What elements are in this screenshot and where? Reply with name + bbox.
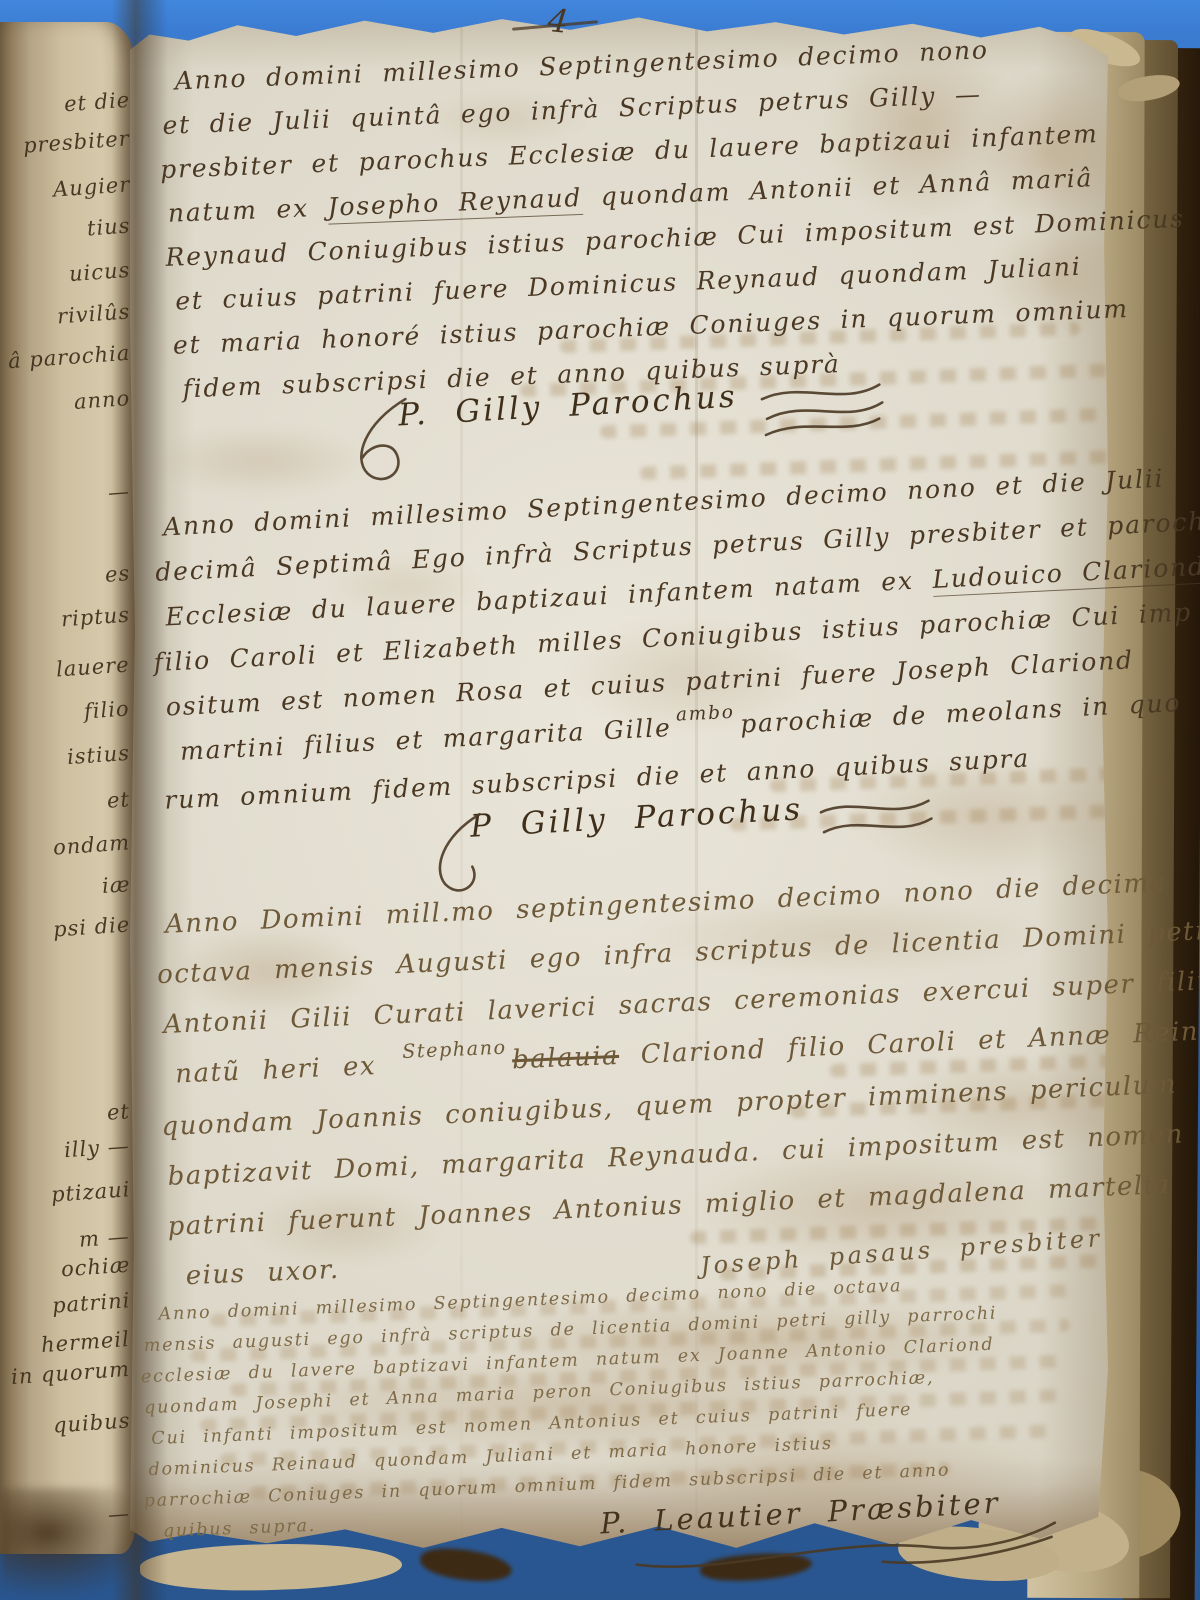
record-1-line-4-a: natum ex: [167, 193, 328, 228]
signature-paraph: [814, 790, 937, 856]
struck-out-word: balauia: [512, 1041, 620, 1075]
baptism-record-1: Anno domini millesimo Septingentesimo de…: [160, 21, 1191, 412]
page-number: 4: [546, 1, 570, 41]
record-3-line-4-a: natũ heri ex: [175, 1050, 399, 1089]
baptism-record-2: Anno domini millesimo Septingentesimo de…: [152, 452, 1200, 823]
manuscript-text: 4 Anno domini millesimo Septingentesimo …: [0, 0, 1200, 1600]
signature-paraph: [755, 374, 890, 447]
interlinear-insertion: ambo: [675, 690, 736, 738]
interlinear-insertion: Stephano: [401, 1023, 507, 1077]
underlined-name: Josepho Reynaud: [327, 183, 583, 225]
signature-flourish: [343, 393, 418, 493]
photo-of-open-register: et die presbiter Augier tius uicus rivil…: [0, 0, 1200, 1600]
